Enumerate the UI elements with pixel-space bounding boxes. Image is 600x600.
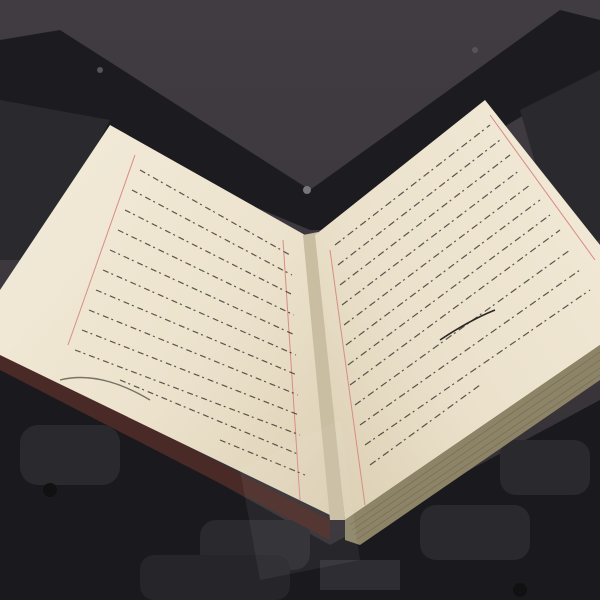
photo-scene (0, 0, 600, 600)
book-cradle-illustration (0, 0, 600, 600)
